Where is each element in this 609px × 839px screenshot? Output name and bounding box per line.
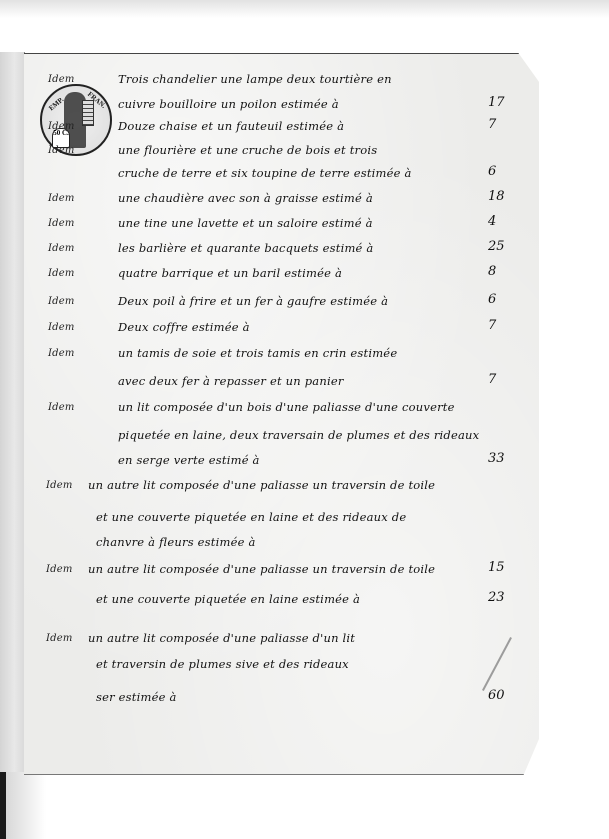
adjacent-page-edge — [0, 52, 25, 772]
margin-idem: Idem — [48, 193, 75, 204]
inventory-line-text: piquetée en laine, deux traversain de pl… — [118, 428, 479, 442]
inventory-line-text: et une couverte piquetée en laine estimé… — [96, 592, 360, 606]
inventory-line-text: et traversin de plumes sive et des ridea… — [96, 657, 349, 671]
inventory-line-text: un autre lit composée d'une paliasse un … — [88, 562, 435, 576]
scan-border-fade — [6, 772, 46, 839]
estimated-amount: 6 — [488, 164, 496, 179]
estimated-amount: 25 — [488, 239, 505, 254]
inventory-line-text: ser estimée à — [96, 690, 177, 704]
inventory-line-text: un lit composée d'un bois d'une paliasse… — [118, 400, 455, 414]
scan-top-shadow — [0, 0, 609, 18]
estimated-amount: 15 — [488, 560, 505, 575]
estimated-amount: 6 — [488, 292, 496, 307]
inventory-line-text: les barlière et quarante bacquets estimé… — [118, 241, 373, 255]
inventory-line-text: avec deux fer à repasser et un panier — [118, 374, 344, 388]
inventory-line-text: Deux coffre estimée à — [118, 320, 250, 334]
inventory-line-text: cuivre bouilloire un poilon estimée à — [118, 97, 339, 111]
estimated-amount: 60 — [488, 688, 505, 703]
estimated-amount: 18 — [488, 189, 505, 204]
inventory-line-text: en serge verte estimé à — [118, 453, 260, 467]
stamp-tablets-icon — [82, 100, 94, 126]
inventory-line-text: un tamis de soie et trois tamis en crin … — [118, 346, 397, 360]
inventory-line-text: et une couverte piquetée en laine et des… — [96, 510, 406, 524]
margin-idem: Idem — [46, 564, 73, 575]
inventory-line-text: une tine une lavette et un saloire estim… — [118, 216, 373, 230]
inventory-line-text: Deux poil à frire et un fer à gaufre est… — [118, 294, 388, 308]
margin-idem: Idem — [48, 268, 75, 279]
estimated-amount: 4 — [488, 214, 496, 229]
margin-idem: Idem — [48, 121, 75, 132]
inventory-line-text: cruche de terre et six toupine de terre … — [118, 166, 412, 180]
margin-idem: Idem — [48, 402, 75, 413]
estimated-amount: 7 — [488, 372, 496, 387]
inventory-line-text: Douze chaise et un fauteuil estimée à — [118, 119, 344, 133]
estimated-amount: 7 — [488, 318, 496, 333]
estimated-amount: 7 — [488, 117, 496, 132]
inventory-line-text: une chaudière avec son à graisse estimé … — [118, 191, 373, 205]
margin-idem: Idem — [46, 633, 73, 644]
margin-idem: Idem — [46, 480, 73, 491]
estimated-amount: 33 — [488, 451, 505, 466]
margin-idem: Idem — [48, 322, 75, 333]
margin-idem: Idem — [48, 218, 75, 229]
margin-idem: Idem — [48, 74, 75, 85]
inventory-line-text: chanvre à fleurs estimée à — [96, 535, 256, 549]
stamp-left-text: EMP. — [47, 96, 65, 113]
margin-idem: Idem — [48, 348, 75, 359]
inventory-line-text: un autre lit composée d'une paliasse un … — [88, 478, 435, 492]
inventory-line-text: Trois chandelier une lampe deux tourtièr… — [118, 72, 392, 86]
margin-idem: Idem — [48, 243, 75, 254]
margin-idem: Idem — [48, 145, 75, 156]
estimated-amount: 8 — [488, 264, 496, 279]
inventory-line-text: une flourière et une cruche de bois et t… — [118, 143, 377, 157]
inventory-line-text: un autre lit composée d'une paliasse d'u… — [88, 631, 355, 645]
estimated-amount: 23 — [488, 590, 505, 605]
estimated-amount: 17 — [488, 95, 505, 110]
inventory-line-text: quatre barrique et un baril estimée à — [118, 266, 342, 280]
margin-idem: Idem — [48, 296, 75, 307]
